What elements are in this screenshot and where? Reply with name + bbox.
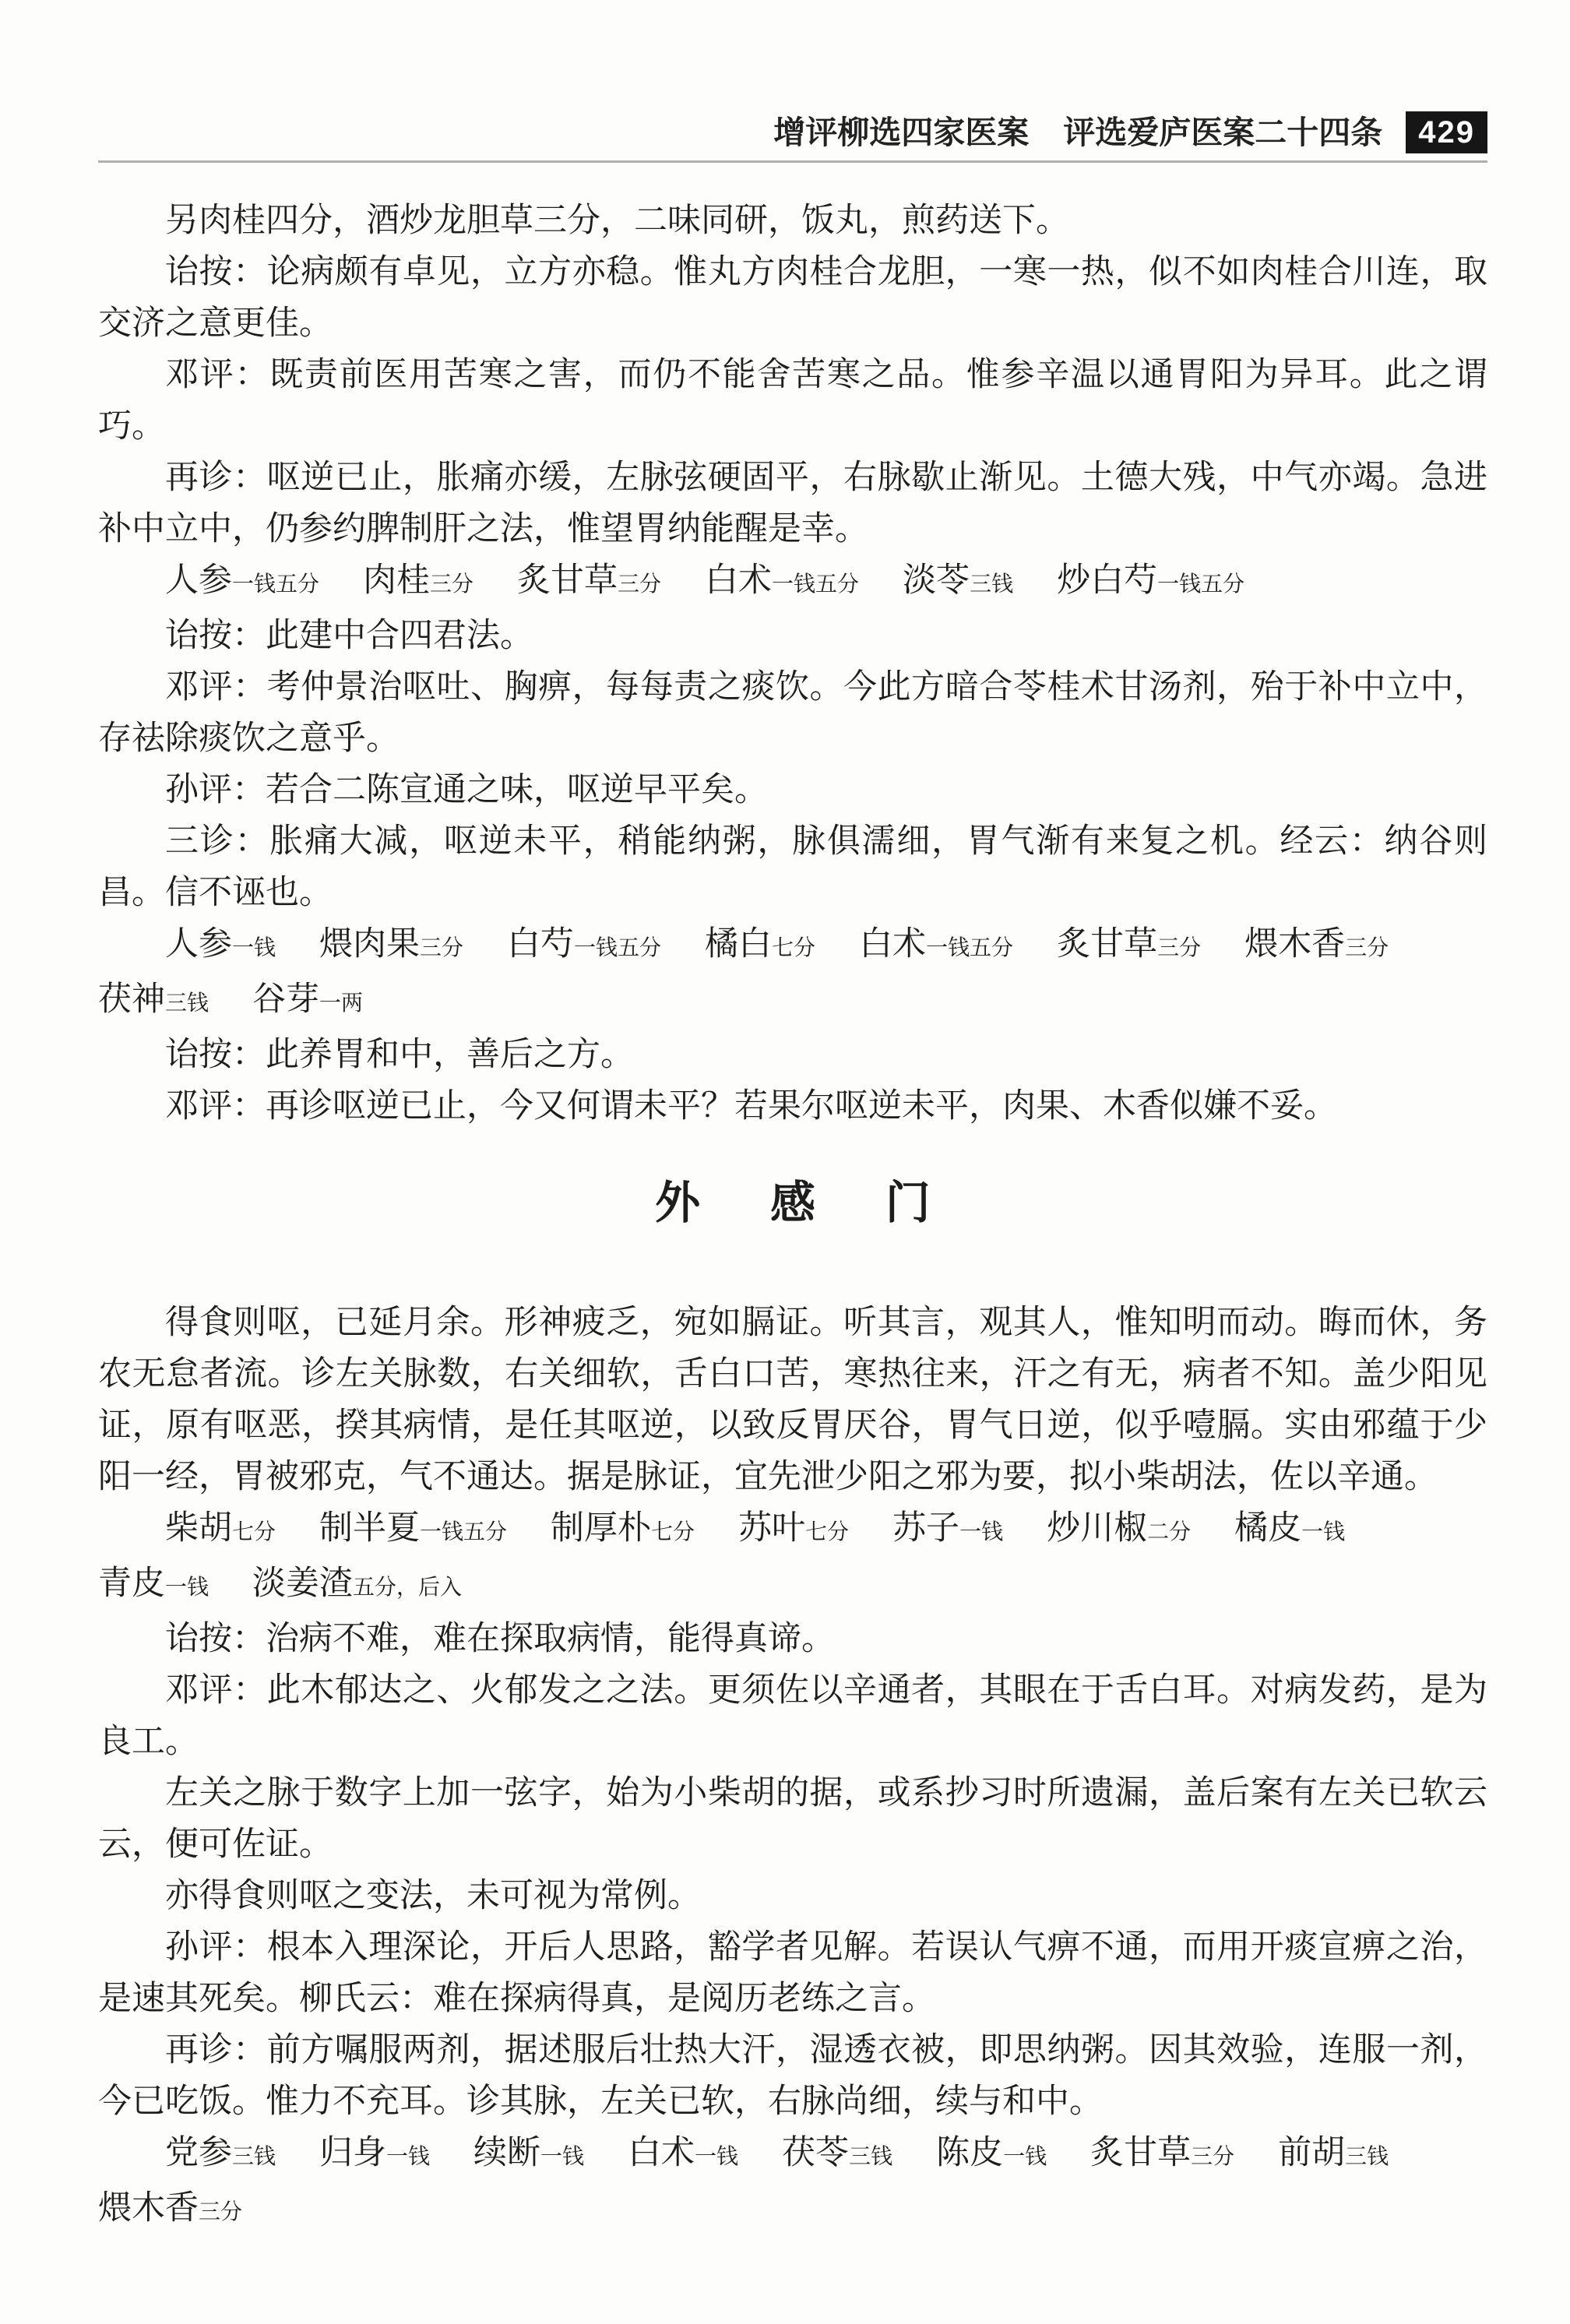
herb-name: 橘皮 bbox=[1234, 1510, 1301, 1547]
herb-name: 白芍 bbox=[507, 926, 574, 963]
herb-dose: 一两 bbox=[319, 991, 363, 1016]
herb-dose: 七分 bbox=[232, 1520, 276, 1544]
paragraph: 再诊：前方嘱服两剂，据述服后壮热大汗，湿透衣被，即思纳粥。因其效验，连服一剂，今… bbox=[98, 2025, 1487, 2128]
paragraph: 邓评：再诊呕逆已止，今又何谓未平？若果尔呕逆未平，肉果、木香似嫌不妥。 bbox=[98, 1081, 1487, 1132]
paragraph: 诒按：此建中合四君法。 bbox=[98, 611, 1487, 662]
herb-dose: 三分 bbox=[618, 572, 661, 597]
prescription-line: 人参一钱煨肉果三分白芍一钱五分橘白七分白术一钱五分炙甘草三分煨木香三分茯神三钱谷… bbox=[98, 919, 1487, 1030]
herb-name: 炙甘草 bbox=[1057, 926, 1157, 963]
herb-name: 炒川椒 bbox=[1047, 1510, 1147, 1547]
herb-dose: 七分 bbox=[772, 936, 815, 960]
paragraph: 孙评：根本入理深论，开后人思路，豁学者见解。若误认气痹不通，而用开痰宣痹之治，是… bbox=[98, 1922, 1487, 2025]
herb-name: 青皮 bbox=[98, 1565, 165, 1602]
herb-dose: 三分 bbox=[1157, 936, 1201, 960]
herb-name: 续断 bbox=[473, 2135, 540, 2171]
herb-dose: 三钱 bbox=[849, 2145, 892, 2169]
herb-dose: 一钱 bbox=[695, 2145, 738, 2169]
herb-dose: 一钱 bbox=[1301, 1520, 1345, 1544]
prescription-item: 炙甘草三分 bbox=[1090, 2135, 1234, 2171]
herb-dose: 一钱 bbox=[1003, 2145, 1047, 2169]
herb-dose: 一钱 bbox=[540, 2145, 584, 2169]
paragraph: 亦得食则呕之变法，未可视为常例。 bbox=[98, 1871, 1487, 1922]
herb-name: 煨木香 bbox=[1244, 926, 1345, 963]
herb-name: 白术 bbox=[628, 2135, 695, 2171]
herb-dose: 一钱 bbox=[165, 1576, 209, 1600]
page-header: 增评柳选四家医案 评选爱庐医案二十四条 429 bbox=[98, 111, 1487, 154]
herb-dose: 三分 bbox=[1345, 936, 1389, 960]
herb-name: 白术 bbox=[705, 562, 772, 599]
herb-name: 白术 bbox=[859, 926, 926, 963]
paragraph: 另肉桂四分，酒炒龙胆草三分，二味同研，饭丸，煎药送下。 bbox=[98, 195, 1487, 247]
herb-dose: 一钱五分 bbox=[1157, 572, 1244, 597]
prescription-item: 制厚朴七分 bbox=[551, 1510, 695, 1547]
herb-dose: 一钱五分 bbox=[574, 936, 661, 960]
paragraph: 孙评：若合二陈宣通之味，呕逆早平矣。 bbox=[98, 765, 1487, 816]
herb-name: 前胡 bbox=[1278, 2135, 1345, 2171]
herb-dose: 二分 bbox=[1147, 1520, 1191, 1544]
prescription-line: 人参一钱五分肉桂三分炙甘草三分白术一钱五分淡苓三钱炒白芍一钱五分 bbox=[98, 555, 1487, 611]
prescription-line: 党参三钱归身一钱续断一钱白术一钱茯苓三钱陈皮一钱炙甘草三分前胡三钱煨木香三分 bbox=[98, 2128, 1487, 2238]
paragraph: 左关之脉于数字上加一弦字，始为小柴胡的据，或系抄习时所遗漏，盖后案有左关已软云云… bbox=[98, 1768, 1487, 1871]
prescription-item: 谷芽一两 bbox=[252, 981, 363, 1018]
paragraph: 邓评：考仲景治呕吐、胸痹，每每责之痰饮。今此方暗合苓桂术甘汤剂，殆于补中立中，存… bbox=[98, 662, 1487, 765]
prescription-item: 煨木香三分 bbox=[98, 2190, 242, 2227]
prescription-item: 茯苓三钱 bbox=[782, 2135, 892, 2171]
herb-dose: 一钱 bbox=[232, 936, 276, 960]
paragraph: 诒按：论病颇有卓见，立方亦稳。惟丸方肉桂合龙胆，一寒一热，似不如肉桂合川连，取交… bbox=[98, 247, 1487, 350]
prescription-item: 肉桂三分 bbox=[363, 562, 473, 599]
page-number-badge: 429 bbox=[1406, 111, 1487, 153]
paragraph: 诒按：治病不难，难在探取病情，能得真谛。 bbox=[98, 1614, 1487, 1665]
prescription-item: 续断一钱 bbox=[473, 2135, 584, 2171]
prescription-item: 白术一钱五分 bbox=[859, 926, 1013, 963]
prescription-item: 人参一钱五分 bbox=[165, 562, 319, 599]
herb-dose: 五分，后入 bbox=[353, 1576, 462, 1600]
herb-dose: 三钱 bbox=[1345, 2145, 1389, 2169]
herb-name: 谷芽 bbox=[252, 981, 319, 1018]
prescription-line: 柴胡七分制半夏一钱五分制厚朴七分苏叶七分苏子一钱炒川椒二分橘皮一钱青皮一钱淡姜渣… bbox=[98, 1503, 1487, 1614]
herb-name: 制半夏 bbox=[319, 1510, 420, 1547]
prescription-item: 煨木香三分 bbox=[1244, 926, 1389, 963]
chapter-title: 评选爱庐医案二十四条 bbox=[1063, 111, 1382, 154]
prescription-item: 炒白芍一钱五分 bbox=[1057, 562, 1244, 599]
herb-dose: 三钱 bbox=[165, 991, 209, 1016]
herb-name: 人参 bbox=[165, 562, 232, 599]
prescription-item: 制半夏一钱五分 bbox=[319, 1510, 507, 1547]
herb-name: 淡苓 bbox=[903, 562, 970, 599]
herb-dose: 七分 bbox=[651, 1520, 695, 1544]
herb-name: 人参 bbox=[165, 926, 232, 963]
herb-name: 茯神 bbox=[98, 981, 165, 1018]
prescription-item: 橘白七分 bbox=[705, 926, 815, 963]
herb-name: 茯苓 bbox=[782, 2135, 849, 2171]
paragraph: 诒按：此养胃和中，善后之方。 bbox=[98, 1030, 1487, 1081]
herb-name: 归身 bbox=[319, 2135, 386, 2171]
herb-name: 炙甘草 bbox=[1090, 2135, 1191, 2171]
prescription-item: 党参三钱 bbox=[165, 2135, 276, 2171]
herb-name: 橘白 bbox=[705, 926, 772, 963]
prescription-item: 炙甘草三分 bbox=[517, 562, 661, 599]
herb-name: 煨肉果 bbox=[319, 926, 420, 963]
herb-dose: 一钱五分 bbox=[232, 572, 319, 597]
herb-dose: 三分 bbox=[430, 572, 473, 597]
prescription-item: 煨肉果三分 bbox=[319, 926, 463, 963]
herb-dose: 一钱五分 bbox=[926, 936, 1013, 960]
section-heading: 外感门 bbox=[98, 1174, 1487, 1232]
prescription-item: 前胡三钱 bbox=[1278, 2135, 1389, 2171]
book-title: 增评柳选四家医案 bbox=[773, 111, 1029, 154]
herb-dose: 三钱 bbox=[970, 572, 1013, 597]
herb-name: 苏叶 bbox=[738, 1510, 805, 1547]
herb-name: 煨木香 bbox=[98, 2190, 199, 2227]
prescription-item: 淡苓三钱 bbox=[903, 562, 1013, 599]
book-page: 增评柳选四家医案 评选爱庐医案二十四条 429 另肉桂四分，酒炒龙胆草三分，二味… bbox=[0, 0, 1570, 2324]
prescription-item: 柴胡七分 bbox=[165, 1510, 276, 1547]
herb-dose: 一钱五分 bbox=[420, 1520, 507, 1544]
herb-name: 柴胡 bbox=[165, 1510, 232, 1547]
herb-dose: 三分 bbox=[420, 936, 463, 960]
herb-dose: 三钱 bbox=[232, 2145, 276, 2169]
prescription-item: 茯神三钱 bbox=[98, 981, 209, 1018]
header-rule bbox=[98, 160, 1487, 163]
herb-name: 炙甘草 bbox=[517, 562, 618, 599]
herb-name: 陈皮 bbox=[936, 2135, 1003, 2171]
herb-name: 炒白芍 bbox=[1057, 562, 1157, 599]
herb-dose: 三分 bbox=[1191, 2145, 1234, 2169]
herb-dose: 七分 bbox=[805, 1520, 849, 1544]
paragraph: 三诊：胀痛大减，呕逆未平，稍能纳粥，脉俱濡细，胃气渐有来复之机。经云：纳谷则昌。… bbox=[98, 816, 1487, 919]
prescription-item: 白术一钱五分 bbox=[705, 562, 859, 599]
herb-name: 制厚朴 bbox=[551, 1510, 651, 1547]
herb-dose: 一钱 bbox=[959, 1520, 1003, 1544]
page-content: 另肉桂四分，酒炒龙胆草三分，二味同研，饭丸，煎药送下。诒按：论病颇有卓见，立方亦… bbox=[98, 195, 1487, 2238]
prescription-item: 人参一钱 bbox=[165, 926, 276, 963]
herb-name: 肉桂 bbox=[363, 562, 430, 599]
prescription-item: 苏叶七分 bbox=[738, 1510, 849, 1547]
herb-name: 苏子 bbox=[892, 1510, 959, 1547]
prescription-item: 淡姜渣五分，后入 bbox=[252, 1565, 462, 1602]
herb-name: 党参 bbox=[165, 2135, 232, 2171]
paragraph: 再诊：呕逆已止，胀痛亦缓，左脉弦硬固平，右脉歇止渐见。土德大残，中气亦竭。急进补… bbox=[98, 452, 1487, 555]
prescription-item: 苏子一钱 bbox=[892, 1510, 1003, 1547]
paragraph: 邓评：此木郁达之、火郁发之之法。更须佐以辛通者，其眼在于舌白耳。对病发药，是为良… bbox=[98, 1665, 1487, 1768]
prescription-item: 橘皮一钱 bbox=[1234, 1510, 1345, 1547]
prescription-item: 青皮一钱 bbox=[98, 1565, 209, 1602]
prescription-item: 白术一钱 bbox=[628, 2135, 738, 2171]
prescription-item: 炙甘草三分 bbox=[1057, 926, 1201, 963]
herb-dose: 一钱 bbox=[386, 2145, 430, 2169]
paragraph: 邓评：既责前医用苦寒之害，而仍不能舍苦寒之品。惟参辛温以通胃阳为异耳。此之谓巧。 bbox=[98, 350, 1487, 452]
prescription-item: 归身一钱 bbox=[319, 2135, 430, 2171]
prescription-item: 白芍一钱五分 bbox=[507, 926, 661, 963]
herb-dose: 三分 bbox=[199, 2200, 242, 2224]
prescription-item: 陈皮一钱 bbox=[936, 2135, 1047, 2171]
herb-name: 淡姜渣 bbox=[252, 1565, 353, 1602]
herb-dose: 一钱五分 bbox=[772, 572, 859, 597]
paragraph: 得食则呕，已延月余。形神疲乏，宛如膈证。听其言，观其人，惟知明而动。晦而休，务农… bbox=[98, 1298, 1487, 1503]
prescription-item: 炒川椒二分 bbox=[1047, 1510, 1191, 1547]
